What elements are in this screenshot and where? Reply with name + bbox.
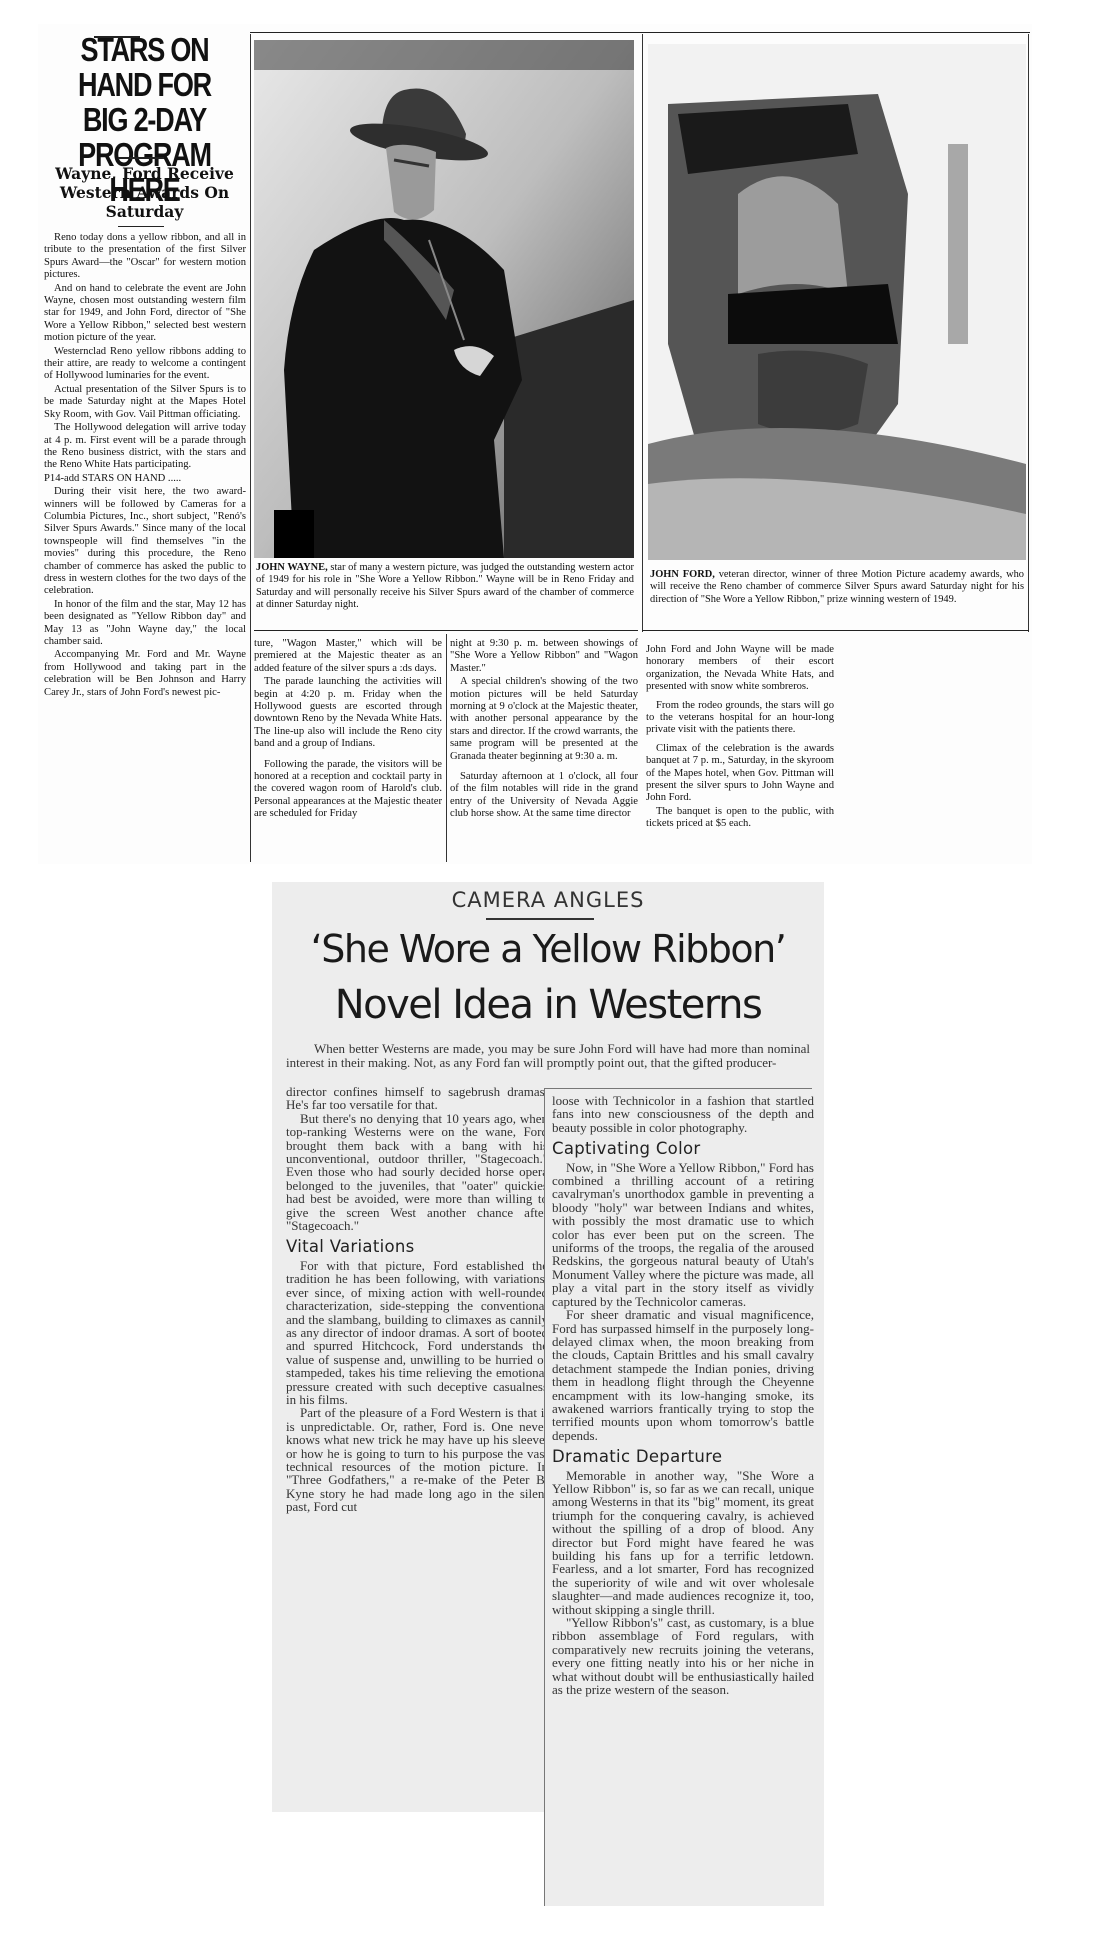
subhead-captivating-color: Captivating Color: [552, 1142, 814, 1155]
caption-bottom-rule: [254, 630, 638, 631]
paragraph: Climax of the celebration is the awards …: [646, 743, 834, 805]
paragraph: From the rodeo grounds, the stars will g…: [646, 700, 834, 737]
headline-line-1: ‘She Wore a Yellow Ribbon’: [272, 926, 824, 972]
paragraph: And on hand to celebrate the event are J…: [44, 283, 246, 345]
top-news-clipping: STARS ON HAND FOR BIG 2-DAY PROGRAM HERE…: [38, 24, 1032, 864]
paragraph: The parade launching the activities will…: [254, 676, 442, 750]
subheadline-divider: [118, 226, 164, 227]
paragraph: loose with Technicolor in a fashion that…: [552, 1094, 814, 1134]
paragraph: John Ford and John Wayne will be made ho…: [646, 644, 834, 694]
john-ford-caption: JOHN FORD, veteran director, winner of t…: [650, 569, 1024, 606]
column-divider: [446, 634, 447, 862]
right-border: [1028, 34, 1029, 632]
paragraph: ture, "Wagon Master," which will be prem…: [254, 638, 442, 675]
lead-paragraph: When better Westerns are made, you may b…: [286, 1042, 810, 1069]
photo-divider: [642, 34, 643, 632]
article-column-3: night at 9:30 p. m. between showings of …: [450, 638, 638, 821]
paragraph: Part of the pleasure of a Ford Western i…: [286, 1406, 548, 1513]
paragraph: director confines himself to sagebrush d…: [286, 1085, 548, 1112]
subheadline: Wayne, Ford Receive Western Awards On Sa…: [42, 164, 247, 221]
column-divider: [250, 34, 251, 862]
paragraph: Saturday afternoon at 1 o'clock, all fou…: [450, 771, 638, 821]
paragraph: Following the parade, the visitors will …: [254, 759, 442, 821]
article-column-2: ture, "Wagon Master," which will be prem…: [254, 638, 442, 821]
add-line: P14-add STARS ON HAND .....: [44, 473, 246, 485]
paragraph: Reno today dons a yellow ribbon, and all…: [44, 232, 246, 282]
paragraph: Memorable in another way, "She Wore a Ye…: [552, 1469, 814, 1616]
column-divider: [544, 1088, 545, 1906]
headline-divider: [118, 157, 164, 159]
headline-line-2: Novel Idea in Westerns: [272, 982, 824, 1028]
column-top-rule: [544, 1088, 812, 1089]
subhead-vital-variations: Vital Variations: [286, 1240, 548, 1253]
paragraph: In honor of the film and the star, May 1…: [44, 599, 246, 649]
paragraph: The Hollywood delegation will arrive tod…: [44, 422, 246, 472]
paragraph: Now, in "She Wore a Yellow Ribbon," Ford…: [552, 1161, 814, 1308]
caption-name: JOHN WAYNE,: [256, 562, 328, 573]
paragraph: Accompanying Mr. Ford and Mr. Wayne from…: [44, 649, 246, 699]
paragraph: Actual presentation of the Silver Spurs …: [44, 384, 246, 421]
paragraph: For sheer dramatic and visual magnificen…: [552, 1308, 814, 1442]
right-column: loose with Technicolor in a fashion that…: [552, 1094, 814, 1696]
photo-top-rule: [250, 32, 1030, 33]
article-column-1: Reno today dons a yellow ribbon, and all…: [44, 232, 246, 699]
john-ford-photo: [648, 44, 1026, 560]
kicker-underline: [486, 918, 594, 920]
left-column: director confines himself to sagebrush d…: [286, 1085, 548, 1514]
camera-angles-right-column-box: loose with Technicolor in a fashion that…: [544, 1088, 824, 1906]
paragraph: But there's no denying that 10 years ago…: [286, 1112, 548, 1233]
john-wayne-photo: [254, 40, 634, 558]
paragraph: Westernclad Reno yellow ribbons adding t…: [44, 346, 246, 383]
john-ford-photo-image: [648, 44, 1026, 560]
kicker: CAMERA ANGLES: [272, 888, 824, 912]
john-wayne-caption: JOHN WAYNE, star of many a western pictu…: [256, 562, 634, 612]
paragraph: A special children's showing of the two …: [450, 676, 638, 763]
paragraph: For with that picture, Ford established …: [286, 1259, 548, 1406]
john-wayne-photo-image: [254, 40, 634, 558]
subhead-dramatic-departure: Dramatic Departure: [552, 1450, 814, 1463]
article-column-4: John Ford and John Wayne will be made ho…: [646, 644, 834, 831]
paragraph: During their visit here, the two award-w…: [44, 486, 246, 598]
caption-name: JOHN FORD,: [650, 569, 715, 580]
paragraph: night at 9:30 p. m. between showings of …: [450, 638, 638, 675]
paragraph: The banquet is open to the public, with …: [646, 806, 834, 831]
caption-bottom-rule: [642, 630, 1029, 631]
paragraph: "Yellow Ribbon's" cast, as customary, is…: [552, 1616, 814, 1696]
